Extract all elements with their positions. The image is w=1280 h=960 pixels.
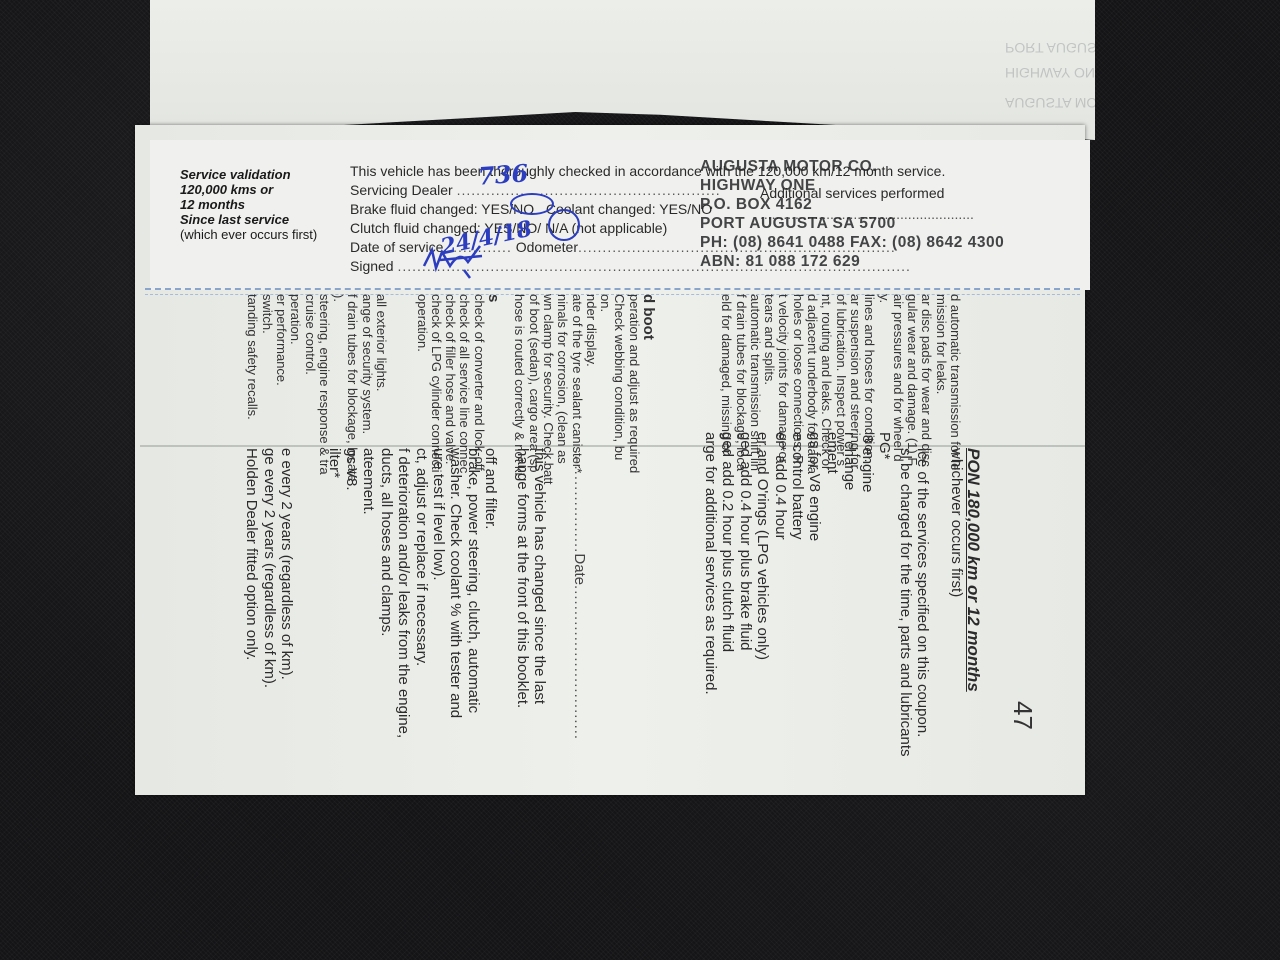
coupon-line: ice of the services specified on this co… bbox=[914, 448, 931, 757]
coupon-line: ct, adjust or replace if necessary. bbox=[412, 448, 429, 738]
ghost-text: HIGHWAY ONE bbox=[1005, 65, 1104, 81]
coupon-line: ilter* bbox=[325, 448, 342, 738]
checklist-line: of lubrication. Inspect power s bbox=[833, 294, 847, 474]
checklist-line: wn clamp for security. Check batt bbox=[541, 294, 555, 485]
checklist-line: ar suspension and steering for bbox=[848, 294, 862, 474]
checklist-line: f drain tubes for blockage, locate bbox=[345, 294, 359, 482]
coupon-title-block: PON 180,000 km or 12 months whichever oc… bbox=[896, 448, 982, 757]
page-number: 47 bbox=[1007, 701, 1038, 730]
service-validation-label: Service validation 120,000 kms or 12 mon… bbox=[180, 167, 340, 242]
coupon-line: ducts, all hoses and clamps. bbox=[377, 448, 394, 738]
stamp-line: P.O. BOX 4162 bbox=[700, 195, 1004, 214]
checklist-line: eld for damaged, missing or bbox=[719, 294, 733, 474]
stamp-line: PORT AUGUSTA SA 5700 bbox=[700, 214, 1004, 233]
checklist-line: check of all service line connec bbox=[457, 294, 471, 473]
clutch-na-circle bbox=[548, 209, 580, 241]
coupon-line: f deterioration and/or leaks from the en… bbox=[395, 448, 412, 738]
perforation-line[interactable] bbox=[145, 288, 1080, 290]
checklist-line: holes or loose connections. R bbox=[790, 294, 804, 474]
coupon-line: e every 2 years (regardless of km). bbox=[278, 448, 295, 738]
coupon-date-field[interactable]: ....................Date................… bbox=[571, 450, 588, 740]
checklist-line: operation. bbox=[414, 294, 428, 473]
coupon-line: ge every 2 years (regardless of km). bbox=[260, 448, 277, 738]
stamp-line: HIGHWAY ONE bbox=[700, 176, 1004, 195]
checklist-line: all exterior lights. bbox=[374, 294, 388, 482]
checklist-line: d automatic transmission for le bbox=[948, 294, 962, 474]
checklist-line: check of filler hose and valve. bbox=[443, 294, 457, 473]
dealer-stamp: AUGUSTA MOTOR CO. HIGHWAY ONE P.O. BOX 4… bbox=[700, 157, 1004, 271]
checklist-line: nt, routing and leaks. Check or bbox=[819, 294, 833, 474]
dealer-label: Servicing Dealer bbox=[350, 182, 453, 198]
coupon-line: gs V8. bbox=[343, 448, 360, 738]
section-heading-boot: d boot bbox=[641, 294, 655, 485]
checklist-line: d adjacent underbody for dama bbox=[805, 294, 819, 474]
validation-note: (which ever occurs first) bbox=[180, 227, 340, 242]
checklist-line: ange of security system. bbox=[359, 294, 373, 482]
checklist-boot: d boot peration and adjust as required C… bbox=[512, 294, 655, 485]
checklist-line: ate of the tyre sealant canister* bbox=[569, 294, 583, 485]
checklist-line: peration and adjust as required bbox=[626, 294, 640, 485]
coupon-line: washer. Check coolant % with tester and bbox=[447, 448, 464, 738]
validation-since: Since last service bbox=[180, 212, 340, 227]
coupon-line: arge for additional services as required… bbox=[702, 432, 719, 695]
coupon-subtitle: whichever occurs first) bbox=[947, 448, 964, 757]
checklist-final: all exterior lights. ange of security sy… bbox=[245, 294, 388, 482]
checklist-line: of boot (sedan), cargo area (sp bbox=[526, 294, 540, 485]
checklist-line: y. bbox=[876, 294, 890, 474]
checklist-line: mission for leaks. bbox=[933, 294, 947, 474]
coupon-line: sl be charged for the time, parts and lu… bbox=[896, 448, 913, 757]
checklist-line: Check webbing condition, bu bbox=[612, 294, 626, 485]
validation-heading: Service validation bbox=[180, 167, 340, 182]
signed-label: Signed bbox=[350, 258, 394, 274]
stamp-line: AUGUSTA MOTOR CO. bbox=[700, 157, 1004, 176]
stamp-line: ABN: 81 088 172 629 bbox=[700, 252, 1004, 271]
checklist-line: lines and hoses for condition. bbox=[862, 294, 876, 474]
coupon-lower-lines: this vehicle has changed since the last … bbox=[243, 448, 548, 738]
checklist-line: f drain tubes for blockage, loca bbox=[733, 294, 747, 474]
signature-scrawl bbox=[420, 240, 490, 280]
coupon-line: brake, power steering, clutch, automatic bbox=[464, 448, 481, 738]
brake-label: Brake fluid changed: YES/NO bbox=[350, 201, 534, 217]
checklist-lpg: s check of converter and lock-off check … bbox=[414, 294, 500, 473]
checklist-line: gular wear and damage. (1) F bbox=[905, 294, 919, 474]
checklist-line: tears and splits. bbox=[762, 294, 776, 474]
coupon-line: ure test if level low). bbox=[430, 448, 447, 738]
validation-months: 12 months bbox=[180, 197, 340, 212]
coupon-line: ateement. bbox=[360, 448, 377, 738]
section-heading-lpg: s bbox=[486, 294, 500, 473]
checklist-line: check of converter and lock-off bbox=[471, 294, 485, 473]
coupon-title: PON 180,000 km or 12 months bbox=[965, 448, 982, 757]
brake-yes-circle bbox=[510, 193, 554, 215]
checklist-line: cruise control. bbox=[302, 294, 316, 482]
handwritten-dealer-number: 736 bbox=[477, 158, 529, 190]
coupon-line: this vehicle has changed since the last bbox=[531, 448, 548, 738]
checklist-line: ninals for corrosion, (clean as bbox=[555, 294, 569, 485]
checklist-line: on. bbox=[598, 294, 612, 485]
checklist-line: ar disc pads for wear and disc bbox=[919, 294, 933, 474]
coupon-line: Holden Dealer fitted option only. bbox=[243, 448, 260, 738]
coupon-line: off and filter. bbox=[482, 448, 499, 738]
checklist-line: er performance. bbox=[274, 294, 288, 482]
date-label: Date bbox=[571, 553, 588, 585]
checklist-line: nder display. bbox=[584, 294, 598, 485]
checklist-line: automatic transmission shift lin bbox=[748, 294, 762, 474]
validation-km: 120,000 kms or bbox=[180, 182, 340, 197]
checklist-upper: d automatic transmission for le mission … bbox=[719, 294, 962, 474]
checklist-line: peration. bbox=[288, 294, 302, 482]
coupon-line: hange forms at the front of this booklet… bbox=[513, 448, 530, 738]
checklist-line: switch. bbox=[259, 294, 273, 482]
checklist-line: air pressures and for wheel d bbox=[891, 294, 905, 474]
checklist-line: ). bbox=[331, 294, 345, 482]
checklist-line: steering, engine response & tra bbox=[317, 294, 331, 482]
stamp-line: PH: (08) 8641 0488 FAX: (08) 8642 4300 bbox=[700, 233, 1004, 252]
checklist-line: t velocity joints for damage or bbox=[776, 294, 790, 474]
checklist-line: tanding safety recalls. bbox=[245, 294, 259, 482]
checklist-line: hose is routed correctly & not ki bbox=[512, 294, 526, 485]
checklist-line: check of LPG cylinder connecti bbox=[429, 294, 443, 473]
